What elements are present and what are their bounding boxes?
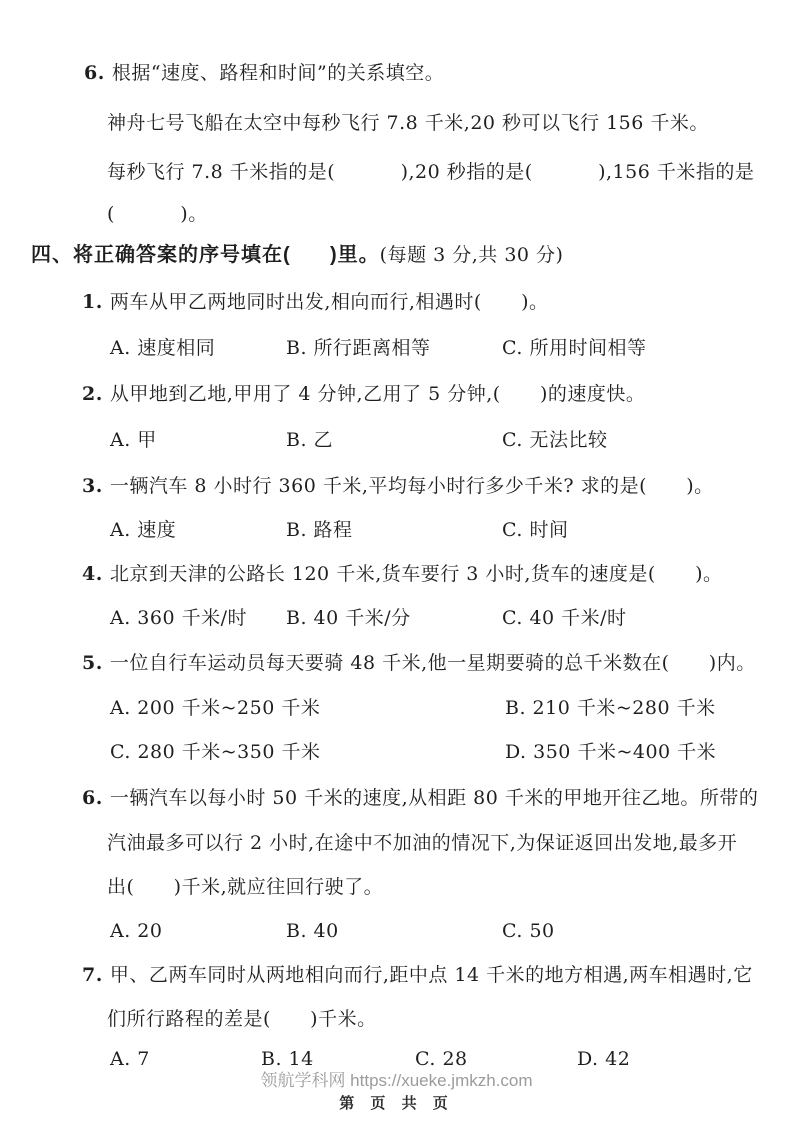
question-5-option-b: B. 210 千米~280 千米 xyxy=(505,697,716,720)
intro-question-line4: ( )。 xyxy=(107,203,208,226)
question-7: 7.甲、乙两车同时从两地相向而行,距中点 14 千米的地方相遇,两车相遇时,它 xyxy=(82,964,753,987)
question-6: 6.一辆汽车以每小时 50 千米的速度,从相距 80 千米的甲地开往乙地。所带的 xyxy=(82,787,758,810)
question-5-number: 5. xyxy=(82,652,103,674)
question-6-line2: 汽油最多可以行 2 小时,在途中不加油的情况下,为保证返回出发地,最多开 xyxy=(107,832,737,855)
question-6-option-a: A. 20 xyxy=(110,920,162,943)
question-1: 1.两车从甲乙两地同时出发,相向而行,相遇时( )。 xyxy=(82,291,549,314)
question-1-text: 两车从甲乙两地同时出发,相向而行,相遇时( )。 xyxy=(110,291,549,313)
question-1-option-c: C. 所用时间相等 xyxy=(502,337,646,360)
section-title-score: (每题 3 分,共 30 分) xyxy=(380,244,564,266)
question-1-option-a: A. 速度相同 xyxy=(110,337,215,360)
question-6-number: 6. xyxy=(82,787,103,809)
question-5-text: 一位自行车运动员每天要骑 48 千米,他一星期要骑的总千米数在( )内。 xyxy=(110,652,756,674)
question-3-option-c: C. 时间 xyxy=(502,519,568,542)
question-6-text: 一辆汽车以每小时 50 千米的速度,从相距 80 千米的甲地开往乙地。所带的 xyxy=(110,787,759,809)
question-6-option-b: B. 40 xyxy=(286,920,339,943)
section-title: 四、将正确答案的序号填在( )里。(每题 3 分,共 30 分) xyxy=(31,243,563,267)
question-3-option-a: A. 速度 xyxy=(110,519,176,542)
question-2-option-a: A. 甲 xyxy=(110,429,157,452)
question-4-option-a: A. 360 千米/时 xyxy=(110,607,247,630)
question-6-option-c: C. 50 xyxy=(502,920,555,943)
question-6-line3: 出( )千米,就应往回行驶了。 xyxy=(107,876,383,899)
question-1-number: 1. xyxy=(82,291,103,313)
question-4: 4.北京到天津的公路长 120 千米,货车要行 3 小时,货车的速度是( )。 xyxy=(82,563,723,586)
question-4-option-b: B. 40 千米/分 xyxy=(286,607,411,630)
intro-question-line3: 每秒飞行 7.8 千米指的是( ),20 秒指的是( ),156 千米指的是 xyxy=(107,161,754,184)
question-5-option-d: D. 350 千米~400 千米 xyxy=(505,741,716,764)
intro-question-text: 根据“速度、路程和时间”的关系填空。 xyxy=(112,62,444,84)
page-number-footer: 第 页 共 页 xyxy=(0,1092,793,1113)
question-5-option-a: A. 200 千米~250 千米 xyxy=(110,697,320,720)
section-title-main: 四、将正确答案的序号填在( )里。 xyxy=(31,244,380,266)
question-7-line2: 们所行路程的差是( )千米。 xyxy=(107,1008,377,1031)
intro-question-line2: 神舟七号飞船在太空中每秒飞行 7.8 千米,20 秒可以飞行 156 千米。 xyxy=(107,112,709,135)
question-7-text: 甲、乙两车同时从两地相向而行,距中点 14 千米的地方相遇,两车相遇时,它 xyxy=(110,964,753,986)
question-5-option-c: C. 280 千米~350 千米 xyxy=(110,741,320,764)
question-4-number: 4. xyxy=(82,563,103,585)
watermark-site-url: 领航学科网 https://xueke.jmkzh.com xyxy=(0,1066,793,1091)
question-2-option-c: C. 无法比较 xyxy=(502,429,607,452)
question-2-text: 从甲地到乙地,甲用了 4 分钟,乙用了 5 分钟,( )的速度快。 xyxy=(110,383,646,405)
question-7-number: 7. xyxy=(82,964,103,986)
intro-question-number: 6. xyxy=(84,62,105,84)
question-2-option-b: B. 乙 xyxy=(286,429,333,452)
question-3: 3.一辆汽车 8 小时行 360 千米,平均每小时行多少千米? 求的是( )。 xyxy=(82,475,714,498)
intro-question-line1: 6.根据“速度、路程和时间”的关系填空。 xyxy=(84,62,444,85)
worksheet-page: 6.根据“速度、路程和时间”的关系填空。 神舟七号飞船在太空中每秒飞行 7.8 … xyxy=(0,0,793,1122)
question-1-option-b: B. 所行距离相等 xyxy=(286,337,431,360)
question-2-number: 2. xyxy=(82,383,103,405)
question-3-text: 一辆汽车 8 小时行 360 千米,平均每小时行多少千米? 求的是( )。 xyxy=(110,475,714,497)
question-3-number: 3. xyxy=(82,475,103,497)
question-4-text: 北京到天津的公路长 120 千米,货车要行 3 小时,货车的速度是( )。 xyxy=(110,563,723,585)
question-5: 5.一位自行车运动员每天要骑 48 千米,他一星期要骑的总千米数在( )内。 xyxy=(82,652,756,675)
question-2: 2.从甲地到乙地,甲用了 4 分钟,乙用了 5 分钟,( )的速度快。 xyxy=(82,383,645,406)
question-3-option-b: B. 路程 xyxy=(286,519,353,542)
question-4-option-c: C. 40 千米/时 xyxy=(502,607,627,630)
